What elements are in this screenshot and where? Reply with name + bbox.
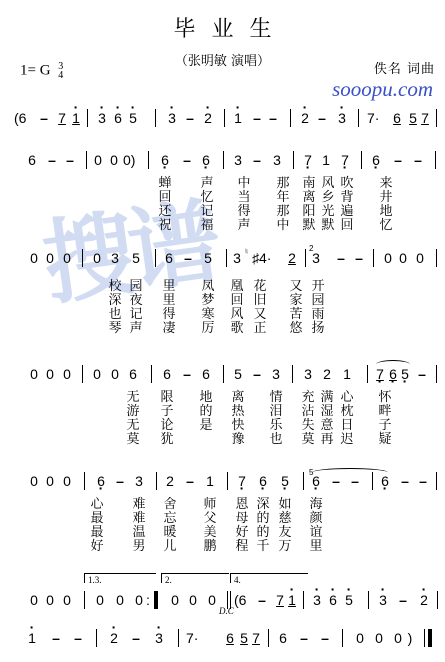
lyric-char: 子 xyxy=(160,405,174,419)
lyric-char: 来 xyxy=(379,177,393,191)
lyric-char: 心 xyxy=(340,391,354,405)
note: 0 xyxy=(114,590,126,610)
lyric-char: 怀 xyxy=(378,391,392,405)
lyric-char: 也 xyxy=(108,308,122,322)
sustain-dash: – xyxy=(114,471,126,491)
note: 0 xyxy=(414,248,426,268)
note: ) xyxy=(404,628,416,648)
lyric-char: 井 xyxy=(379,191,393,205)
note: 0 xyxy=(44,364,56,384)
barline xyxy=(84,591,85,609)
note: 0 xyxy=(61,364,73,384)
sustain-dash: – xyxy=(335,248,347,268)
note: 2 xyxy=(321,364,333,384)
sustain-dash: – xyxy=(184,108,196,128)
lyric-char: 蝉 xyxy=(158,177,172,191)
notation-row: 1––2–37·6576––000) xyxy=(0,628,445,648)
lyric-char: 扬 xyxy=(311,322,325,336)
lyric-char: 当 xyxy=(237,191,251,205)
note: 7 xyxy=(56,108,68,128)
lyric-char: 美 xyxy=(203,526,217,540)
lyric-char: 凤 xyxy=(201,280,215,294)
lyric-char: 园 xyxy=(129,280,143,294)
lyric-char: 谊 xyxy=(309,526,323,540)
sustain-dash: – xyxy=(50,628,62,648)
sustain-dash: – xyxy=(256,590,268,610)
lyric-char: 默 xyxy=(321,219,335,233)
note: 7 xyxy=(236,471,248,491)
lyric-char: 热 xyxy=(231,405,245,419)
lyric-char: 千 xyxy=(256,540,270,554)
sustain-dash: – xyxy=(319,628,331,648)
note: 7 xyxy=(274,590,286,610)
notation-row: (6–713653–21––2–37·657 xyxy=(0,108,445,128)
barline xyxy=(156,472,157,490)
lyric-char: 年 xyxy=(276,191,290,205)
notation-row: 0000356–53♯4·23––000 xyxy=(0,248,445,268)
note: 7 xyxy=(419,108,431,128)
lyric-char: 中 xyxy=(237,177,251,191)
barline xyxy=(290,109,291,127)
note: 3 xyxy=(302,364,314,384)
note: 5 xyxy=(407,108,419,128)
lyric-char: 也 xyxy=(269,433,283,447)
sustain-dash: – xyxy=(46,150,58,170)
note: 0 xyxy=(61,590,73,610)
lyric-char: 乡 xyxy=(321,191,335,205)
sustain-dash: – xyxy=(353,248,365,268)
lyric-char: 再 xyxy=(320,433,334,447)
note: 0 xyxy=(382,248,394,268)
lyric-char: 莫 xyxy=(126,433,140,447)
lyric-char: 凄 xyxy=(162,322,176,336)
sustain-dash: – xyxy=(412,150,424,170)
lyric-char: 中 xyxy=(276,219,290,233)
barline xyxy=(82,365,83,383)
lyric-char: 海 xyxy=(309,498,323,512)
note: 0 xyxy=(108,150,120,170)
lyric-char: 限 xyxy=(160,391,174,405)
lyric-char: 深 xyxy=(108,294,122,308)
lyric-char: 又 xyxy=(253,308,267,322)
lyric-char: 泪 xyxy=(269,405,283,419)
note: 0 xyxy=(187,590,199,610)
da-capo-mark: D.C xyxy=(219,606,234,616)
note: 7· xyxy=(367,108,379,128)
lyric-char: 得 xyxy=(162,308,176,322)
barline xyxy=(223,365,224,383)
barline xyxy=(87,109,88,127)
lyric-char: 背 xyxy=(340,191,354,205)
lyric-char: 的 xyxy=(256,526,270,540)
lyric-char: 充 xyxy=(301,391,315,405)
note: 7· xyxy=(186,628,198,648)
lyric-char: 论 xyxy=(160,419,174,433)
lyric-char: 里 xyxy=(162,294,176,308)
barline xyxy=(436,109,437,127)
note: 2 xyxy=(299,108,311,128)
volta-bracket: 1.3. xyxy=(84,573,156,583)
note: 6 xyxy=(161,364,173,384)
grace-note: ♮ xyxy=(245,247,248,256)
lyricist-composer-credit: 佚名 词曲 xyxy=(374,58,435,77)
note: 5 xyxy=(130,248,142,268)
lyric-char: 满 xyxy=(320,391,334,405)
note: 7 xyxy=(302,150,314,170)
lyric-char: 回 xyxy=(158,191,172,205)
barline xyxy=(303,591,304,609)
barline xyxy=(368,591,369,609)
lyric-char: 无 xyxy=(126,419,140,433)
slur-arc xyxy=(376,360,410,369)
lyric-char: 那 xyxy=(276,205,290,219)
note: 6 xyxy=(159,150,171,170)
lyric-char: 离 xyxy=(302,191,316,205)
note: 0 xyxy=(392,628,404,648)
note: 1 xyxy=(70,108,82,128)
barline xyxy=(367,365,368,383)
note: 6 xyxy=(95,471,107,491)
lyric-char: 无 xyxy=(126,391,140,405)
barline xyxy=(437,591,438,609)
barline xyxy=(226,249,227,267)
lyric-char: 园 xyxy=(311,294,325,308)
lyric-char: 深 xyxy=(256,498,270,512)
note: 1 xyxy=(26,628,38,648)
lyric-char: 回 xyxy=(340,219,354,233)
lyric-char: 鹏 xyxy=(203,540,217,554)
note: 3 xyxy=(109,248,121,268)
sustain-dash: – xyxy=(416,364,428,384)
lyric-char: 遍 xyxy=(340,205,354,219)
barline xyxy=(155,249,156,267)
sustain-dash: – xyxy=(181,364,193,384)
lyric-char: 厉 xyxy=(201,322,215,336)
lyric-char: 颜 xyxy=(309,512,323,526)
note: 6 xyxy=(277,628,289,648)
sustain-dash: – xyxy=(417,471,429,491)
grace-note: 2 xyxy=(309,244,313,253)
lyric-char: 最 xyxy=(90,512,104,526)
lyric-char: 风 xyxy=(321,177,335,191)
key-label: 1= G xyxy=(20,62,51,78)
note: 5 xyxy=(343,590,355,610)
sustain-dash: – xyxy=(181,150,193,170)
lyric-char: 得 xyxy=(237,205,251,219)
lyric-char: 苦 xyxy=(289,308,303,322)
lyric-char: 吹 xyxy=(340,177,354,191)
lyric-char: 失 xyxy=(301,419,315,433)
lyric-char: 里 xyxy=(162,280,176,294)
sustain-dash: – xyxy=(392,150,404,170)
sustain-dash: – xyxy=(251,150,263,170)
lyric-char: 记 xyxy=(200,205,214,219)
note: 6 xyxy=(224,628,236,648)
note: ♯4· xyxy=(252,248,271,268)
note: 6 xyxy=(391,108,403,128)
lyric-char: 父 xyxy=(203,512,217,526)
note: 0 xyxy=(206,590,218,610)
lyric-char: 声 xyxy=(129,322,143,336)
note: 0 xyxy=(94,590,106,610)
note: 5 xyxy=(127,108,139,128)
lyric-char: 是 xyxy=(199,419,213,433)
lyric-char: 湿 xyxy=(320,405,334,419)
barline xyxy=(82,249,83,267)
lyric-char: 寒 xyxy=(201,308,215,322)
note: 3 xyxy=(166,108,178,128)
lyric-char: 声 xyxy=(237,219,251,233)
lyric-char: 舍 xyxy=(163,498,177,512)
lyric-char: 友 xyxy=(278,526,292,540)
note: 3 xyxy=(133,471,145,491)
lyric-char: 情 xyxy=(269,391,283,405)
lyric-char: 日 xyxy=(340,419,354,433)
lyric-char: 恩 xyxy=(235,498,249,512)
barline xyxy=(436,365,437,383)
note: 1 xyxy=(204,471,216,491)
lyric-char: 意 xyxy=(320,419,334,433)
lyric-char: 祝 xyxy=(158,219,172,233)
note: 7 xyxy=(250,628,262,648)
lyric-char: 忘 xyxy=(163,512,177,526)
time-signature-bottom: 4 xyxy=(58,71,63,80)
lyric-char: 光 xyxy=(321,205,335,219)
key-signature: 1= G 3 4 xyxy=(20,62,63,80)
barline xyxy=(178,629,179,647)
lyric-char: 温 xyxy=(132,526,146,540)
barline xyxy=(268,629,269,647)
lyric-char: 犹 xyxy=(160,433,174,447)
slur-arc xyxy=(312,468,388,477)
lyric-char: 夜 xyxy=(129,294,143,308)
sustain-dash: – xyxy=(130,628,142,648)
note: : xyxy=(142,590,154,610)
note: 5 xyxy=(238,628,250,648)
lyric-char: 梦 xyxy=(201,294,215,308)
barline xyxy=(358,109,359,127)
lyric-char: 歌 xyxy=(230,322,244,336)
note: 0) xyxy=(123,150,135,170)
lyric-char: 程 xyxy=(235,540,249,554)
lyric-char: 开 xyxy=(311,280,325,294)
barline xyxy=(96,629,97,647)
note: 3 xyxy=(231,248,243,268)
note: 0 xyxy=(28,471,40,491)
barline xyxy=(227,472,228,490)
lyric-char: 沾 xyxy=(301,405,315,419)
sustain-dash: – xyxy=(251,108,263,128)
barline xyxy=(84,472,85,490)
lyric-char: 暖 xyxy=(163,526,177,540)
final-barline xyxy=(428,629,432,647)
lyric-char: 还 xyxy=(158,205,172,219)
lyric-char: 福 xyxy=(200,219,214,233)
notation-row: 6––000)6–63–37176–– xyxy=(0,150,445,170)
lyric-char: 那 xyxy=(276,177,290,191)
sustain-dash: – xyxy=(182,248,194,268)
note: 0 xyxy=(44,590,56,610)
note: 6 xyxy=(112,108,124,128)
lyric-char: 师 xyxy=(203,498,217,512)
volta-bracket: 4. xyxy=(230,573,308,583)
sustain-dash: – xyxy=(399,471,411,491)
note: 3 xyxy=(336,108,348,128)
lyric-char: 母 xyxy=(235,512,249,526)
lyric-char: 地 xyxy=(379,205,393,219)
note: 0 xyxy=(61,471,73,491)
lyric-char: 好 xyxy=(235,526,249,540)
note: 1 xyxy=(232,108,244,128)
lyric-char: 畔 xyxy=(378,405,392,419)
sustain-dash: – xyxy=(64,150,76,170)
note: 6 xyxy=(200,150,212,170)
note: 0 xyxy=(109,364,121,384)
lyric-char: 琴 xyxy=(108,322,122,336)
note: 5 xyxy=(279,471,291,491)
lyric-char: 乐 xyxy=(269,419,283,433)
sustain-dash: – xyxy=(38,108,50,128)
lyric-char: 记 xyxy=(129,308,143,322)
song-title: 毕业生 xyxy=(0,12,445,43)
lyric-char: 回 xyxy=(230,294,244,308)
lyric-char: 难 xyxy=(132,512,146,526)
lyric-char: 忆 xyxy=(200,191,214,205)
note: 0 xyxy=(28,364,40,384)
note: 6 xyxy=(163,248,175,268)
note: 0 xyxy=(397,248,409,268)
lyric-char: 好 xyxy=(90,540,104,554)
lyric-char: 豫 xyxy=(231,433,245,447)
sustain-dash: – xyxy=(397,590,409,610)
barline xyxy=(292,365,293,383)
sustain-dash: – xyxy=(184,471,196,491)
barline xyxy=(342,629,343,647)
lyric-char: 枕 xyxy=(340,405,354,419)
note: 5 xyxy=(202,248,214,268)
lyric-char: 地 xyxy=(199,391,213,405)
note: 7 xyxy=(339,150,351,170)
barline xyxy=(373,249,374,267)
lyric-char: 游 xyxy=(126,405,140,419)
lyric-char: 子 xyxy=(378,419,392,433)
barline xyxy=(436,249,437,267)
lyric-char: 迟 xyxy=(340,433,354,447)
note: 0 xyxy=(61,248,73,268)
note: 6 xyxy=(327,590,339,610)
note: 3 xyxy=(271,150,283,170)
lyric-char: 花 xyxy=(253,280,267,294)
barline xyxy=(148,151,149,169)
barline xyxy=(305,249,306,267)
lyric-char: 心 xyxy=(90,498,104,512)
lyric-char: 的 xyxy=(256,512,270,526)
note: 0 xyxy=(92,150,104,170)
barline xyxy=(224,109,225,127)
lyric-char: 旧 xyxy=(253,294,267,308)
note: 2 xyxy=(418,590,430,610)
barline xyxy=(435,151,436,169)
note: 1 xyxy=(341,364,353,384)
lyric-char: 忆 xyxy=(379,219,393,233)
lyric-char: 莫 xyxy=(301,433,315,447)
lyric-char: 慈 xyxy=(278,512,292,526)
lyric-char: 雨 xyxy=(311,308,325,322)
lyric-char: 又 xyxy=(289,280,303,294)
lyric-char: 难 xyxy=(132,498,146,512)
note: 5 xyxy=(232,364,244,384)
note: 0 xyxy=(28,590,40,610)
note: 6 xyxy=(200,364,212,384)
barline xyxy=(155,109,156,127)
note: 0 xyxy=(354,628,366,648)
lyric-char: 快 xyxy=(231,419,245,433)
lyric-char: 南 xyxy=(302,177,316,191)
barline xyxy=(293,151,294,169)
lyric-char: 里 xyxy=(309,540,323,554)
barline xyxy=(361,151,362,169)
lyric-char: 阳 xyxy=(302,205,316,219)
sustain-dash: – xyxy=(267,108,279,128)
note: 3 xyxy=(311,590,323,610)
note: 0 xyxy=(91,248,103,268)
lyric-char: 声 xyxy=(200,177,214,191)
note: 0 xyxy=(169,590,181,610)
barline xyxy=(303,472,304,490)
note: 6 xyxy=(257,471,269,491)
barline xyxy=(151,365,152,383)
note: 0 xyxy=(373,628,385,648)
note: 6 xyxy=(127,364,139,384)
lyric-char: 儿 xyxy=(163,540,177,554)
note: 6 xyxy=(26,150,38,170)
note: 0 xyxy=(44,471,56,491)
lyric-char: 校 xyxy=(108,280,122,294)
volta-bracket: 2. xyxy=(161,573,229,583)
note: 2 xyxy=(164,471,176,491)
sustain-dash: – xyxy=(316,108,328,128)
sustain-dash: – xyxy=(72,628,84,648)
note: (6 xyxy=(14,108,26,128)
sustain-dash: – xyxy=(251,364,263,384)
lyric-char: 正 xyxy=(253,322,267,336)
note: 3 xyxy=(270,364,282,384)
lyric-char: 风 xyxy=(230,308,244,322)
barline xyxy=(436,472,437,490)
lyric-char: 离 xyxy=(231,391,245,405)
lyric-char: 最 xyxy=(90,526,104,540)
note: 0 xyxy=(91,364,103,384)
note: 0 xyxy=(44,248,56,268)
note: 6 xyxy=(370,150,382,170)
barline xyxy=(223,151,224,169)
note: 3 xyxy=(232,150,244,170)
lyric-char: 家 xyxy=(289,294,303,308)
note: 0 xyxy=(28,248,40,268)
note: (6 xyxy=(234,590,246,610)
lyric-char: 万 xyxy=(278,540,292,554)
note: 2 xyxy=(286,248,298,268)
sustain-dash: – xyxy=(298,628,310,648)
note: 2 xyxy=(108,628,120,648)
barline xyxy=(424,629,425,647)
time-signature: 3 4 xyxy=(58,62,63,80)
note: 1 xyxy=(286,590,298,610)
note: 3 xyxy=(377,590,389,610)
lyric-char: 的 xyxy=(199,405,213,419)
lyric-char: 男 xyxy=(132,540,146,554)
lyric-char: 默 xyxy=(302,219,316,233)
